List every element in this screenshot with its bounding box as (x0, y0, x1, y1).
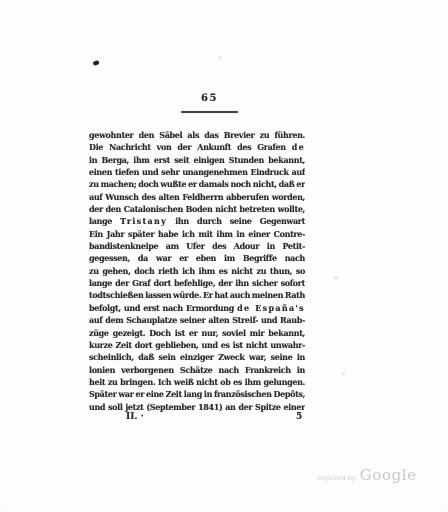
text-line: lonien verborgenen Schätze nach Frankrei… (89, 364, 305, 376)
text-line: kurze Zeit dort geblieben, und es ist ni… (89, 339, 305, 351)
emphasized-name: de España's (237, 303, 305, 313)
scan-speck (334, 276, 338, 279)
text-segment: Die Nachricht von der Ankunft des Grafen (89, 142, 292, 152)
text-line: heit zu bringen. Ich weiß nicht ob es ih… (89, 376, 305, 388)
emphasized-name: Tristany (120, 216, 167, 226)
text-line: züge gezeigt. Doch ist er nur, soviel mi… (89, 327, 305, 339)
digitized-by-label: Digitized by (317, 475, 356, 482)
footer-line: II. · 5 (89, 412, 305, 426)
volume-signature-mark: II. · (126, 412, 144, 422)
scanned-book-page: 65 gewohnter den Säbel als das Brevier z… (0, 0, 448, 512)
text-line: gegessen, da war er eben im Begriffe nac… (89, 252, 305, 264)
scan-speck (219, 56, 222, 59)
text-line: in Berga, ihm erst seit einigen Stunden … (89, 154, 305, 166)
text-line: Später war er eine Zeit lang in französi… (89, 388, 305, 400)
sheet-number: 5 (296, 412, 302, 422)
text-line: zu gehen, doch rieth ich ihm es nicht zu… (89, 265, 305, 277)
text-line: scheinlich, daß sein einziger Zweck war,… (89, 351, 305, 363)
text-line: zu machen; doch wußte er damals noch nic… (89, 178, 305, 190)
text-segment: befolgt, und erst nach Ermordung (89, 303, 237, 313)
text-line: einen tiefen und sehr unangenehmen Eindr… (89, 166, 305, 178)
text-line: der den Catalonischen Boden nicht betret… (89, 203, 305, 215)
text-line: lange der Graf dort befehlige, der ihn s… (89, 277, 305, 289)
text-line: auf dem Schauplatze seiner alten Streif-… (89, 314, 305, 326)
header-rule (181, 111, 238, 113)
ink-speck (93, 60, 100, 65)
text-line: befolgt, und erst nach Ermordung de Espa… (89, 302, 305, 314)
text-line: gewohnter den Säbel als das Brevier zu f… (89, 129, 305, 141)
body-text: gewohnter den Säbel als das Brevier zu f… (89, 129, 305, 413)
text-line: Die Nachricht von der Ankunft des Grafen… (89, 141, 305, 153)
google-logo: Google (360, 466, 417, 484)
text-line: bandistenkneipe am Ufer des Adour in Pet… (89, 240, 305, 252)
google-watermark: Digitized by Google (317, 466, 417, 484)
text-line: todtschießen lassen würde. Er hat auch m… (89, 289, 305, 301)
text-line: auf Wunsch des alten Feldherrn abberufen… (89, 191, 305, 203)
page-number: 65 (181, 93, 238, 104)
text-line: Ein Jahr später habe ich mit ihm in eine… (89, 228, 305, 240)
text-line: lange Tristany ihn durch seine Gegenwart… (89, 215, 305, 227)
text-segment: lange (89, 216, 120, 226)
scan-speck (342, 372, 345, 375)
